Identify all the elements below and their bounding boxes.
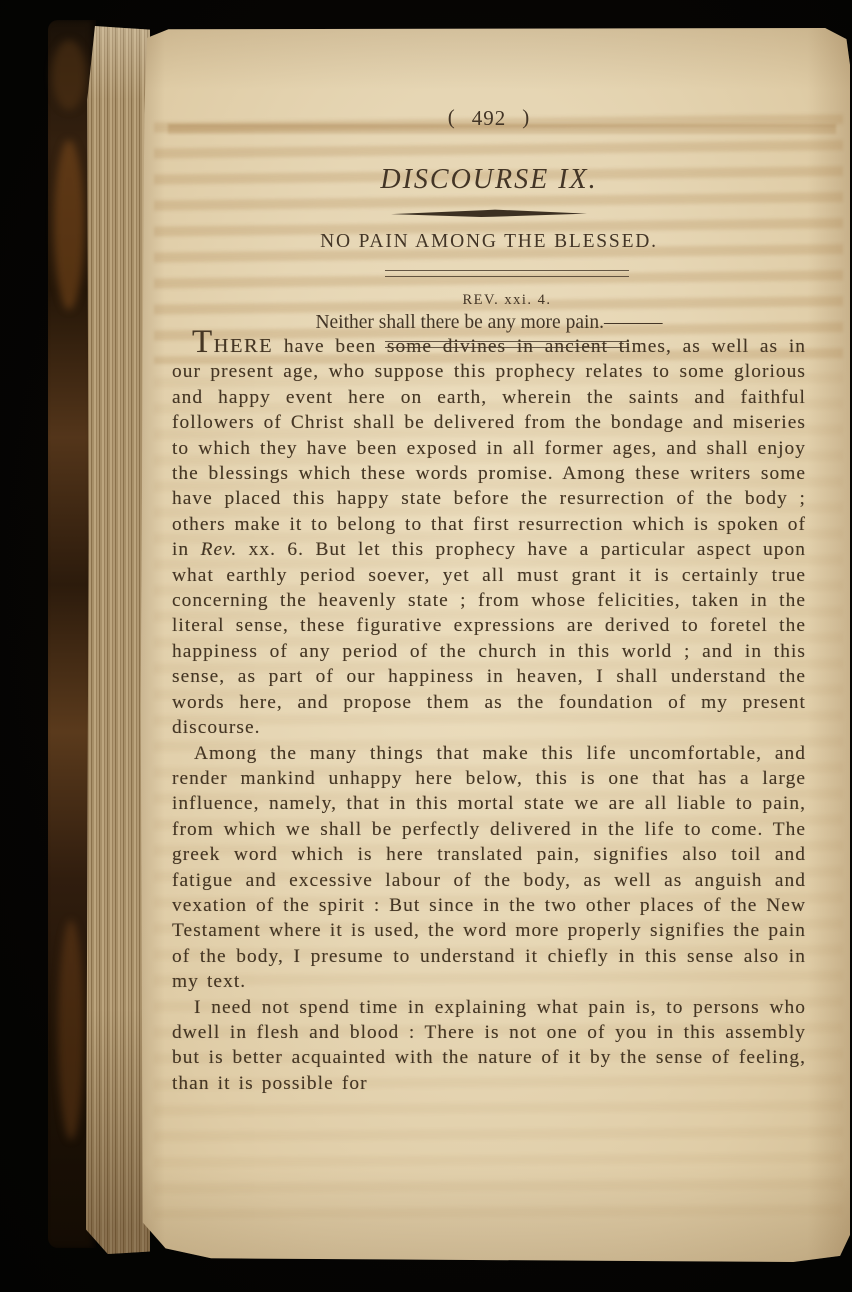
- drop-initial: T: [192, 324, 214, 360]
- photograph-of-open-book: (492) DISCOURSE IX. NO PAIN AMONG THE BL…: [0, 0, 852, 1292]
- leather-wear-patch: [52, 40, 86, 110]
- sermon-subtitle: NO PAIN AMONG THE BLESSED.: [172, 231, 806, 253]
- paragraph-1-text: have been some divines in ancient times,…: [172, 336, 806, 560]
- swelled-rule-ornament: [172, 209, 806, 218]
- paragraph-2: Among the many things that make this lif…: [172, 741, 806, 995]
- page-number-open-paren: (: [432, 105, 472, 129]
- page-number-value: 492: [472, 106, 507, 130]
- sermon-body: THERE have been some divines in ancient …: [172, 334, 806, 1096]
- page-edge-stack: [86, 26, 150, 1254]
- scripture-quote: Neither shall there be any more pain.———: [172, 312, 806, 334]
- double-rule-top: [385, 270, 629, 277]
- paragraph-3: I need not spend time in explaining what…: [172, 995, 806, 1097]
- discourse-title: DISCOURSE IX.: [172, 164, 806, 196]
- scripture-citation-italic: Rev.: [201, 539, 238, 560]
- paragraph-1-text-continued: xx. 6. But let this prophecy have a part…: [172, 539, 806, 738]
- scripture-reference: REV. xxi. 4.: [190, 292, 824, 309]
- book-page: (492) DISCOURSE IX. NO PAIN AMONG THE BL…: [140, 28, 850, 1262]
- leather-wear-patch: [58, 920, 84, 1140]
- page-number: (492): [172, 106, 806, 131]
- paragraph-1: THERE have been some divines in ancient …: [172, 334, 806, 741]
- leather-wear-patch: [54, 140, 84, 310]
- page-number-close-paren: ): [506, 105, 546, 129]
- lead-capitals: HERE: [214, 335, 274, 357]
